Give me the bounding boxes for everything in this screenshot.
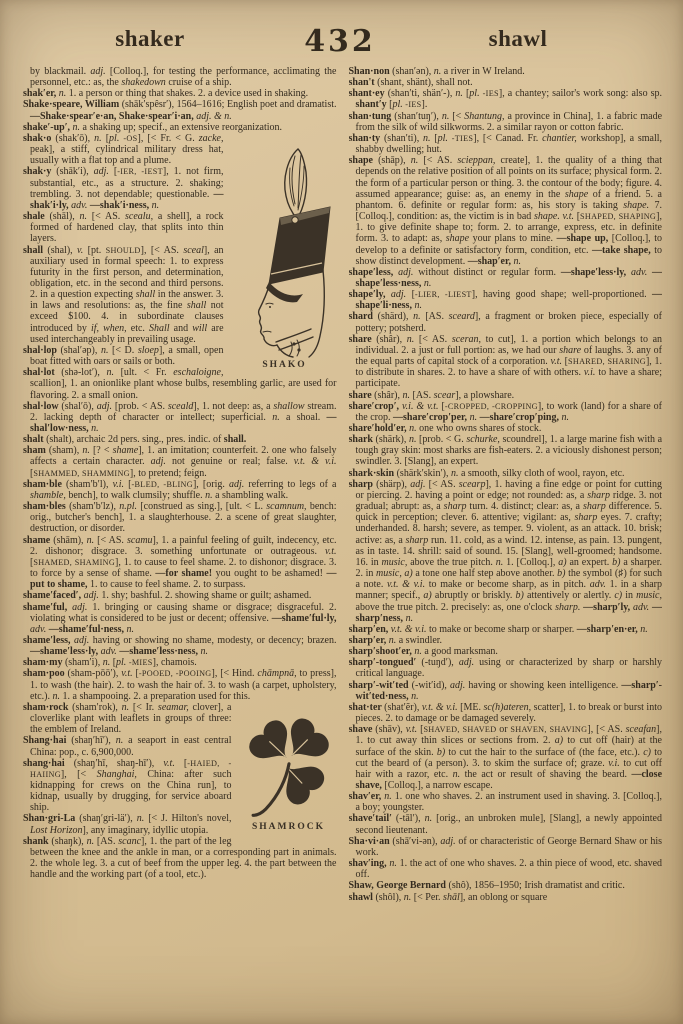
dictionary-entry: shat·ter (shat′ẽr), v.t. & v.i. [ME. sc(… [349,702,663,724]
text-run: n. [442,111,452,122]
text-run: scealu, [125,211,158,222]
text-run: —shape′less·ly, [561,267,631,278]
text-run: sceafan [626,724,657,735]
text-run: [< AS. [92,211,125,222]
text-run: sceard [449,311,475,322]
text-run: —share′crop′ping, [480,412,562,423]
text-run: (shal), [47,245,77,256]
text-run: n. [137,813,149,824]
text-run: (shak′ō), [55,133,94,144]
dictionary-page: shaker 432 shawl by blackmail. adj. [Col… [0,0,683,1024]
text-run: [ME. [460,702,483,713]
text-run: v.t. [406,724,420,735]
text-run: [AS. [97,836,118,847]
text-run: -IES [405,100,421,109]
text-run: shame′ful, [23,602,72,613]
text-run: shav′er, [349,791,385,802]
text-run: (shāp), [378,155,411,166]
text-run: n. [152,200,160,211]
text-run: shak′er, [23,88,59,99]
text-run: adv. [631,267,652,278]
text-run: [< D. [112,345,138,356]
text-run: seamar, [158,702,193,713]
text-run: eschaloigne, [173,367,223,378]
text-run: n. [94,133,106,144]
dictionary-entry: shan·ty (shan′ti), n. [pl. -TIES], [< Ca… [349,133,663,155]
text-run: shant·ey [349,88,388,99]
text-run: in [625,590,636,601]
dictionary-entry: Shan·non (shan′ən), n. a river in W Irel… [349,66,663,77]
text-run: n. [122,702,133,713]
text-run: n. [103,657,113,668]
text-run: scearp [459,479,486,490]
text-run: n. [101,345,112,356]
text-run: n. [205,490,215,501]
dictionary-entry: by blackmail. adj. [Colloq.], for testin… [23,66,337,88]
text-run: —take shape, [592,245,654,256]
text-run: (shärk′skin′), [397,468,451,479]
text-run: SHAMMED, SHAMMING [33,469,130,478]
dictionary-entry: shak′er, n. 1. a person or thing that sh… [23,88,337,99]
text-run: (sham′rok), [72,702,122,713]
dictionary-entry: share (shâr), n. [< AS. sceran, to cut],… [349,334,663,390]
text-run: Shaw, George Bernard [349,880,449,891]
text-run: ], chamois. [153,657,197,668]
dictionary-entry: share′hold′er, n. one who owns shares of… [349,423,663,434]
text-run: sharp′shoot′er, [349,646,415,657]
text-run: -BLED, -BLING [132,480,193,489]
text-run: abruptly or briskly. [435,590,516,601]
text-run: shall. [224,434,247,445]
text-run: n. [116,735,128,746]
text-run: or [499,724,510,735]
shako-drawing [235,146,335,358]
text-run: shak·o [23,133,55,144]
text-run: Shantung, [464,111,507,122]
text-run: n. [384,791,395,802]
text-run: shale [23,211,49,222]
text-run: adj. [459,657,479,668]
text-run: n. [409,423,419,434]
dictionary-entry: shal·lot (shə-lot′), n. [ult. < Fr. esch… [23,367,337,400]
text-run: scamu [127,535,153,546]
text-run: shāl [443,892,460,903]
text-run: [< AS. [429,479,459,490]
dictionary-entry: Sha·vi·an (shā′vi-ən), adj. of or charac… [349,836,663,858]
text-run: sham·rock [23,702,72,713]
dictionary-entry: sham·ble (sham′b′l), v.i. [-BLED, -BLING… [23,479,337,501]
shamrock-caption: SHAMROCK [241,822,337,833]
text-run: shan't [349,77,378,88]
text-run: SHAVED, SHAVED [423,725,499,734]
text-run: v.t. & v.i. [391,624,429,635]
dictionary-entry: shame′faced′, adj. 1. shy; bashful. 2. s… [23,590,337,601]
text-run: ], [< Canad. Fr. [473,133,542,144]
text-run: adv. [71,200,90,211]
text-run: (shāk′spêsr′), 1564–1616; English poet a… [122,99,337,110]
text-run: sham·ble [23,479,66,490]
text-run: [< AS. [423,155,457,166]
text-run: pl. [393,99,406,110]
text-run: b) [516,590,527,601]
text-run: the act or result of shaving the beard. [465,769,632,780]
text-run: (shan′tuŋ′), [394,111,442,122]
text-run: one who owns shares of stock. [419,423,541,434]
text-run: (shaŋk), [51,836,86,847]
text-run: a) [555,735,568,746]
text-run: 1. the act of one who shaves. 2. a thin … [356,858,663,880]
text-run: v.i. & v.t. [402,401,442,412]
dictionary-entry: shant·ey (shan′ti, shän′-), n. [pl. -IES… [349,88,663,110]
text-run: n. [414,646,424,657]
text-run: shape. v.t. [534,211,577,222]
dictionary-entry: sharp′-wit′ted (-wit′id), adj. having or… [349,680,663,702]
text-run: [< J. Hilton's novel, [148,813,231,824]
text-run: scamnum, [266,501,310,512]
text-run: adj. [410,479,428,490]
text-run: (shāk′i), [56,166,93,177]
text-run: shape′less, [349,267,399,278]
dictionary-entry: shan't (shant, shänt), shall not. [349,77,663,88]
dictionary-entry: sharp′-tongued′ (-tuŋd′), adj. using or … [349,657,663,679]
text-run: attentively or alertly. [527,590,614,601]
text-run: adj. [391,289,412,300]
text-run: v. [77,245,88,256]
text-run: a) [558,557,569,568]
text-run: you ought to be ashamed! [216,568,327,579]
text-run: a good marksman. [424,646,498,657]
text-run: share′hold′er, [349,423,410,434]
text-run: above the true pitch. 2. precisely: as, … [356,602,556,613]
text-run: 1. one who shaves. 2. an instrument used… [356,791,663,813]
text-run: v.t. [325,546,336,557]
text-run: sloep [138,345,159,356]
text-run: [? < [93,445,113,456]
text-run: n. [455,88,466,99]
dictionary-entry: share′crop′, v.i. & v.t. [-CROPPED, -CRO… [349,401,663,423]
text-run: shav′ing, [349,858,390,869]
text-run: if, when, [91,323,131,334]
dictionary-entry: sham (sham), n. [? < shame], 1. an imita… [23,445,337,478]
text-run: sharp′-wit′ted [349,680,412,691]
dictionary-entry: shave′tail′ (-tāl′), n. [orig., an unbro… [349,813,663,835]
text-run: ]. [422,99,428,110]
text-run: (shal′əp), [60,345,100,356]
text-run: ], having good shape; well-proportioned. [472,289,652,300]
text-run: shang·hai [23,758,74,769]
text-run: n. [434,66,444,77]
text-run: referring to legs of a [248,479,336,490]
text-run: n. [272,412,286,423]
text-run: n. [425,813,437,824]
text-run: (shärp), [376,479,410,490]
dictionary-entry: shank (shaŋk), n. [AS. scanc], 1. the pa… [23,836,337,881]
text-run: [construed as sing.], [ult. < L. [140,501,266,512]
text-run: Shanghai, [97,769,148,780]
text-run: an expert. [569,557,612,568]
text-run: etc. [131,323,149,334]
text-run: adj. [151,456,172,467]
text-run: sharp [349,479,377,490]
text-run: adj. [440,836,458,847]
dictionary-entry: shape′less, adj. without distinct or reg… [349,267,663,289]
text-run: n. [200,646,208,657]
text-run: n. [470,412,480,423]
text-run: (sham), [49,445,82,456]
text-run: pl. [109,133,123,144]
dictionary-entry: sharp′shoot′er, n. a good marksman. [349,646,663,657]
text-run: (shaŋ′hī, shaŋ-hī′), [74,758,164,769]
text-run: ], [< AS. [141,245,184,256]
text-run: n. [80,211,92,222]
text-run: n. [453,769,465,780]
text-run: scanc [118,836,141,847]
text-run: shame′less, [23,635,74,646]
text-run: music, [382,557,411,568]
dictionary-entry: sham·my (sham′i), n. [pl. -MIES], chamoi… [23,657,337,668]
text-run: (shal′ō), [61,401,96,412]
text-run: share [349,390,375,401]
text-run: shal·lot [23,367,61,378]
dictionary-entry: share (shâr), n. [AS. scear], a plowshar… [349,390,663,401]
text-run: [prob. < G. [419,434,466,445]
shamrock-drawing [243,714,335,820]
text-run: n. [514,256,522,267]
text-run: scear [434,390,456,401]
dictionary-entry: shape′ly, adj. [-LIER, -LIEST], having g… [349,289,663,311]
text-run: —sharp′en·er, [577,624,641,635]
text-run: your plans to mine. [473,233,557,244]
text-run: sharp. [555,602,583,613]
text-run: chantier, [542,133,581,144]
text-run: adj. [97,401,115,412]
text-run: sceal [183,245,204,256]
text-run: SHARED, SHARING [568,357,646,366]
text-run: ], a plowshare. [455,390,514,401]
text-run: n. [424,278,432,289]
text-run: b) [557,568,568,579]
dictionary-entry: sham·poo (sham-pōō′), v.t. [-POOED, -POO… [23,668,337,701]
text-run: Lost Horizon [30,825,83,836]
text-run: pl. [469,88,482,99]
text-run: shape [565,189,593,200]
text-run: sharp [587,490,613,501]
text-run: (shan′ti, shän′-), [388,88,456,99]
text-run: Shan·gri-La [23,813,79,824]
text-run: (shāv), [375,724,405,735]
text-run: shank [23,836,51,847]
text-run: a swindler. [399,635,442,646]
text-run: SHAPED, SHAPING [580,212,656,221]
page-header: shaker 432 shawl [23,26,663,62]
text-run: shan·ty [349,133,384,144]
text-run: to make or become sharp or sharper. [429,624,577,635]
text-run: v.t. & v.i. [294,456,337,467]
dictionary-entry: shalt (shalt), archaic 2d pers. sing., p… [23,434,337,445]
text-run: 1. to cause to feel shame. 2. to surpass… [90,579,246,590]
text-run: shame [113,445,139,456]
dictionary-entry: shave (shāv), v.t. [SHAVED, SHAVED or SH… [349,724,663,791]
dictionary-entry: shal·low (shal′ō), adj. [prob. < AS. sce… [23,401,337,434]
text-run: n. [91,423,99,434]
text-run: adj. & n. [196,111,232,122]
text-run: sharp [405,535,430,546]
text-run: b) [612,557,623,568]
text-run: shal·lop [23,345,60,356]
dictionary-entry: shame′ful, adj. 1. bringing or causing s… [23,602,337,635]
text-run: n. [562,412,570,423]
text-run: [< AS. [97,535,127,546]
text-run: shall [23,245,47,256]
text-run: not genuine or real; false. [172,456,294,467]
text-run: [ult. < Fr. [121,367,174,378]
dictionary-entry: shame′less, adj. having or showing no sh… [23,635,337,657]
text-run: n. [127,624,135,635]
text-run: having or showing no shame, modesty, or … [93,635,337,646]
text-run: bench], to walk clumsily; shuffle. [68,490,205,501]
text-run: (shā′vi-ən), [392,836,440,847]
text-run: (sham′i), [65,657,103,668]
text-run: n. [406,613,414,624]
text-run: —Shake·spear′e·an, Shake·spear′i·an, [30,111,196,122]
text-run: pl. [116,657,129,668]
text-run: music, [636,590,662,601]
text-run: —shame′less·ness, [119,646,200,657]
text-run: Shall [149,323,174,334]
text-run: ], [orig. [193,479,229,490]
text-run: ], [< Hind. [212,668,258,679]
text-run: v.i. [113,479,129,490]
text-run: ], 1. not deep: as, a [193,401,273,412]
text-run: shall [136,289,158,300]
page-number: 432 [285,24,395,59]
text-run: shape. [623,200,654,211]
text-run: shall [187,300,211,311]
dictionary-entry: Shake·speare, William (shāk′spêsr′), 156… [23,99,337,121]
text-run: ], [< [61,769,97,780]
text-run: n. [640,624,648,635]
text-run: (shaŋ′gri-lä′), [79,813,136,824]
text-run: (shâr), [376,334,406,345]
text-run: (-tuŋd′), [421,657,458,668]
text-run: -MIES [129,658,153,667]
text-run: n. [106,367,120,378]
text-run: shame′faced′, [23,590,84,601]
text-run: shark [349,434,376,445]
text-run: SHOULD [106,246,141,255]
text-run: b) [437,747,449,758]
text-run: Shan·non [349,66,393,77]
text-run: -TIES [452,134,474,143]
text-run: -LIER, -LIEST [415,290,472,299]
text-run: a shaking up; specif., an extensive reor… [83,122,282,133]
text-run: sham·poo [23,668,68,679]
text-run: n. [413,311,425,322]
text-run: v.t. [163,758,184,769]
shako-caption: SHAKO [233,360,337,371]
text-run: without distinct or regular form. [418,267,561,278]
text-run: ], to pretend; feign. [130,468,207,479]
text-run: sharp [583,501,609,512]
text-run: [< AS. [419,334,452,345]
text-run: (shôl), [375,892,403,903]
text-run: —share′crop′per, [393,412,470,423]
text-run: —shape up, [557,233,612,244]
text-run: sham·my [23,657,65,668]
text-run: v.t. [121,668,135,679]
text-run: shan·tung [349,111,395,122]
text-run: v.t. [551,356,565,367]
text-run: Sha·vi·an [349,836,393,847]
text-run: sc(h)ateren, [483,702,533,713]
text-run: a smooth, silky cloth of wool, rayon, et… [461,468,625,479]
text-run: a) [423,590,434,601]
text-run: adv. [101,646,120,657]
text-run: scieppan, [457,155,500,166]
text-run: adv. [633,602,652,613]
text-run: n. [53,691,63,702]
text-run: (sham-pōō′), [68,668,122,679]
dictionary-entry: shark (shärk), n. [prob. < G. schurke, s… [349,434,663,467]
text-run: to make or become sharp, as in pitch. [429,579,590,590]
text-run: (shô), 1856–1950; Irish dramatist and cr… [449,880,625,891]
dictionary-entry: shav′er, n. 1. one who shaves. 2. an ins… [349,791,663,813]
text-run: v.t. & v.i. [422,702,460,713]
text-run: to cut the hair to the surface of (the f… [448,747,643,758]
text-run: adj. [90,66,110,77]
text-run: shake′-up′, [23,122,73,133]
text-run: c) [643,747,654,758]
text-run: -IES [483,89,499,98]
text-run: pl. [438,133,452,144]
text-run: sham [23,445,49,456]
text-run: a river in W Ireland. [444,66,525,77]
text-run: n. [407,334,419,345]
text-run: SHAVEN, SHAVING [510,725,587,734]
text-run: [< Per. [414,892,443,903]
text-run: by blackmail. [30,66,90,77]
text-run: (shärk), [376,434,409,445]
text-run: shard [349,311,378,322]
text-run: n. [82,445,93,456]
dictionary-entry: sharp′er, n. a swindler. [349,635,663,646]
text-run: 1. a shampooing. 2. a preparation used f… [63,691,251,702]
text-run: music, a) [376,568,415,579]
text-run: Shake·speare, William [23,99,122,110]
text-run: [AS. [412,390,433,401]
text-run: adj. [94,166,114,177]
text-run: scallion], 1. an onionlike plant whose b… [30,378,337,400]
text-run: (shalt), archaic 2d pers. sing., pres. i… [46,434,224,445]
text-columns: by blackmail. adj. [Colloq.], for testin… [23,66,663,1018]
text-run: a shoal. [286,412,327,423]
text-run: cruise of a ship. [168,77,231,88]
shako-illustration: SHAKO [233,146,337,371]
text-run: —shame′ful·ly, [272,613,337,624]
dictionary-entry: shark·skin (shärk′skin′), n. a smooth, s… [349,468,663,479]
text-run: [AS. [425,311,448,322]
text-run: -POOED, -POOING [139,669,212,678]
text-run: shame [23,535,53,546]
dictionary-entry: Shaw, George Bernard (shô), 1856–1950; I… [349,880,663,891]
text-run: -IER, -IEST [117,167,163,176]
text-run: 1. a person or thing that shakes. 2. a d… [69,88,308,99]
text-run: having or showing keen intelligence. [468,680,621,691]
dictionary-entry: sham·bles (sham′b′lz), n.pl. [construed … [23,501,337,534]
text-run: (shaŋ′hī′), [71,735,115,746]
text-run: —shame′less·ly, [30,646,101,657]
text-run: n. [411,155,424,166]
